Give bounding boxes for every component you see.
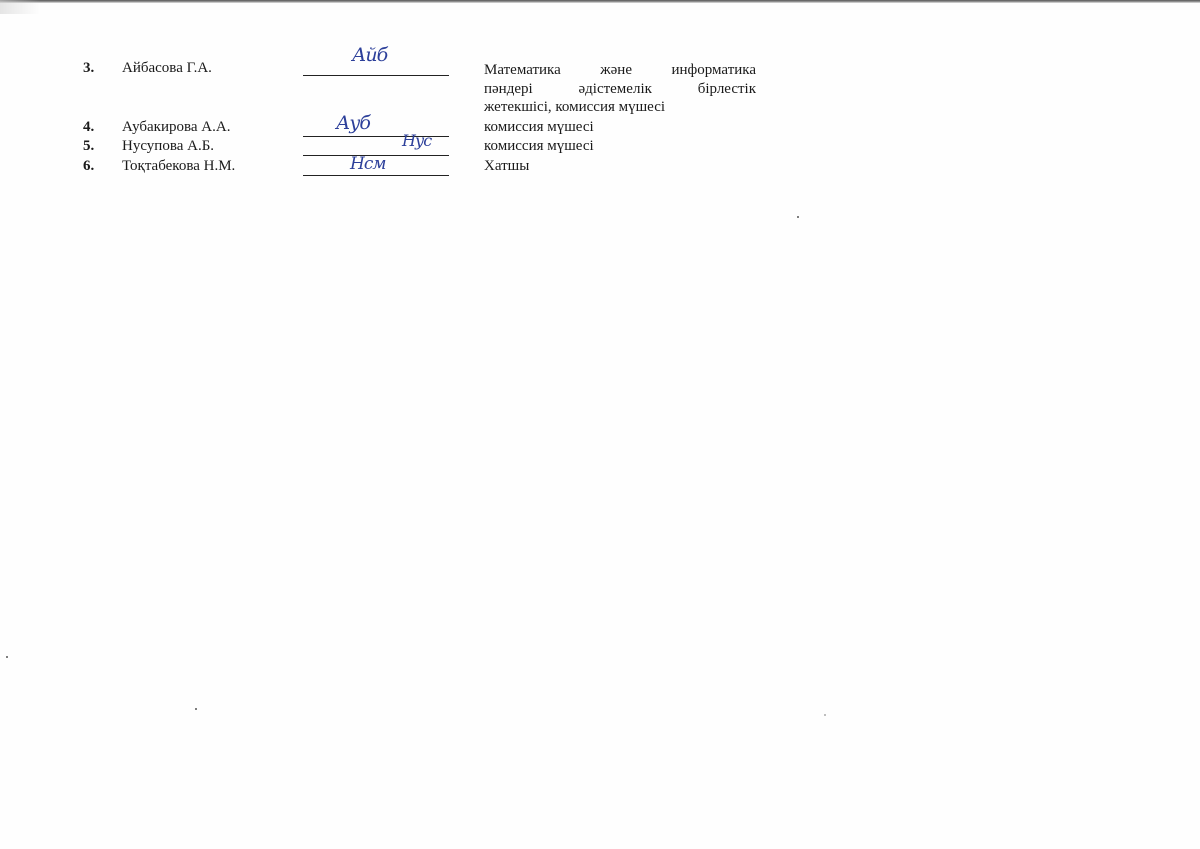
scan-speck	[797, 216, 799, 218]
handwritten-signature: Айб	[352, 44, 387, 66]
handwritten-signature: Нсм	[350, 154, 385, 174]
member-role: комиссия мүшесі	[484, 118, 756, 137]
role-line: пәндері әдістемелік бірлестік	[484, 80, 756, 99]
scan-speck	[6, 656, 8, 658]
member-role: Математика және информатика пәндері әдіс…	[484, 61, 756, 117]
handwritten-signature: Нус	[402, 131, 431, 150]
role-line: Математика және информатика	[484, 61, 756, 80]
role-line: комиссия мүшесі	[484, 118, 756, 137]
member-name: Аубакирова А.А.	[122, 118, 230, 136]
member-number: 6.	[83, 157, 94, 175]
member-role: Хатшы	[484, 157, 756, 176]
signature-line	[303, 75, 449, 76]
member-role: комиссия мүшесі	[484, 137, 756, 156]
handwritten-signature: Ауб	[336, 112, 370, 134]
member-number: 3.	[83, 59, 94, 77]
member-number: 4.	[83, 118, 94, 136]
member-name: Нусупова А.Б.	[122, 137, 214, 155]
member-number: 5.	[83, 137, 94, 155]
role-line: комиссия мүшесі	[484, 137, 756, 156]
member-name: Айбасова Г.А.	[122, 59, 212, 77]
role-line: Хатшы	[484, 157, 756, 176]
scan-speck	[824, 714, 826, 716]
role-line: жетекшісі, комиссия мүшесі	[484, 98, 756, 117]
signature-line	[303, 175, 449, 176]
scan-shadow	[0, 0, 40, 14]
scan-speck	[195, 708, 197, 710]
scan-border	[0, 0, 1200, 3]
member-name: Тоқтабекова Н.М.	[122, 157, 235, 175]
